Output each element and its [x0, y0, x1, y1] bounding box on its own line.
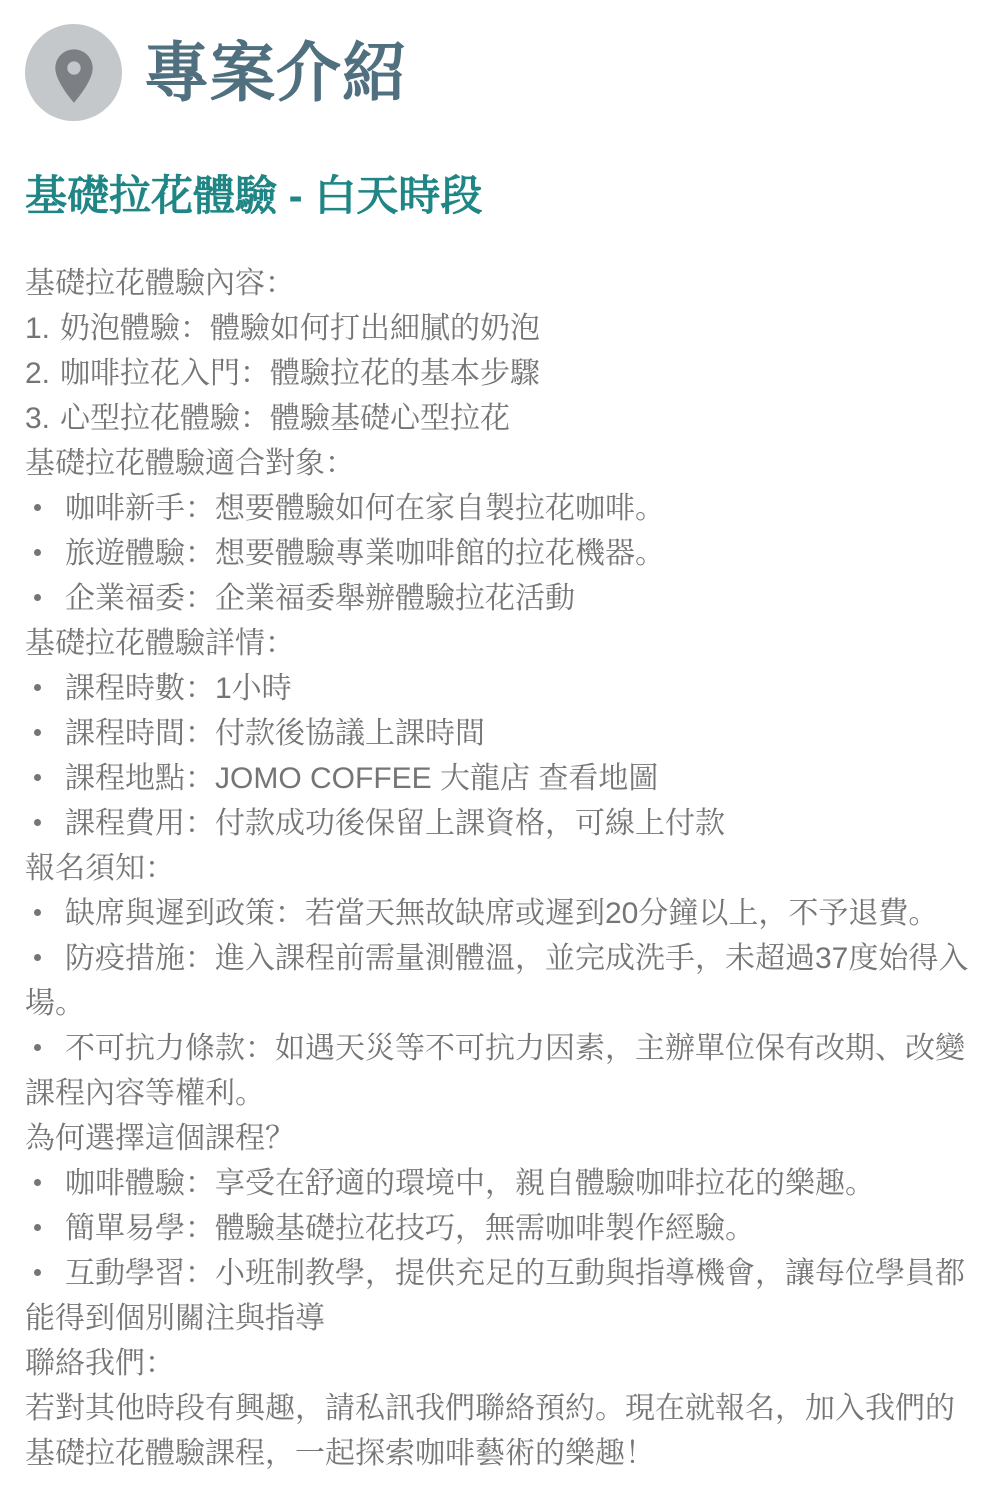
bullet-marker: [34, 909, 41, 916]
description-line: 2.咖啡拉花入門：體驗拉花的基本步驟: [25, 351, 975, 396]
bullet-marker: [34, 504, 41, 511]
map-pin-glyph: [42, 40, 106, 112]
bullet-marker: [34, 774, 41, 781]
section-title: 專案介紹: [144, 40, 408, 105]
line-text: 旅遊體驗：想要體驗專業咖啡館的拉花機器。: [65, 537, 665, 570]
description-line: 防疫措施：進入課程前需量測體溫，並完成洗手，未超過37度始得入場。: [25, 936, 975, 1026]
description-line: 聯絡我們：: [25, 1341, 975, 1386]
line-text: 奶泡體驗：體驗如何打出細膩的奶泡: [60, 312, 540, 345]
line-text: 課程時數：1小時: [65, 672, 292, 705]
project-intro-section: 專案介紹 基礎拉花體驗 - 白天時段 基礎拉花體驗內容：1.奶泡體驗：體驗如何打…: [0, 0, 1000, 1500]
course-title: 基礎拉花體驗 - 白天時段: [25, 173, 975, 219]
line-text: 聯絡我們：: [25, 1347, 175, 1380]
number-marker: 1.: [25, 312, 50, 345]
line-text: 防疫措施：進入課程前需量測體溫，並完成洗手，未超過37度始得入場。: [25, 942, 968, 1020]
bullet-marker: [34, 594, 41, 601]
line-text: 心型拉花體驗：體驗基礎心型拉花: [60, 402, 510, 435]
description-line: 若對其他時段有興趣，請私訊我們聯絡預約。現在就報名，加入我們的基礎拉花體驗課程，…: [25, 1386, 975, 1476]
description-line: 旅遊體驗：想要體驗專業咖啡館的拉花機器。: [25, 531, 975, 576]
section-header: 專案介紹: [25, 24, 975, 121]
bullet-marker: [34, 684, 41, 691]
number-marker: 2.: [25, 357, 50, 390]
description-line: 課程費用：付款成功後保留上課資格，可線上付款: [25, 801, 975, 846]
line-text: 咖啡體驗：享受在舒適的環境中，親自體驗咖啡拉花的樂趣。: [65, 1167, 875, 1200]
bullet-marker: [34, 549, 41, 556]
line-text: 基礎拉花體驗內容：: [25, 267, 295, 300]
line-text: 基礎拉花體驗詳情：: [25, 627, 295, 660]
line-text: 咖啡拉花入門：體驗拉花的基本步驟: [60, 357, 540, 390]
line-text: 基礎拉花體驗適合對象：: [25, 447, 355, 480]
description-line: 基礎拉花體驗詳情：: [25, 621, 975, 666]
bullet-marker: [34, 1224, 41, 1231]
bullet-marker: [34, 954, 41, 961]
line-text: 互動學習：小班制教學，提供充足的互動與指導機會，讓每位學員都能得到個別關注與指導: [25, 1257, 965, 1335]
line-text: 若對其他時段有興趣，請私訊我們聯絡預約。現在就報名，加入我們的基礎拉花體驗課程，…: [25, 1392, 955, 1470]
description-line: 不可抗力條款：如遇天災等不可抗力因素，主辦單位保有改期、改變課程內容等權利。: [25, 1026, 975, 1116]
description-line: 企業福委：企業福委舉辦體驗拉花活動: [25, 576, 975, 621]
bullet-marker: [34, 1044, 41, 1051]
description-line: 報名須知：: [25, 846, 975, 891]
location-pin-icon: [25, 24, 122, 121]
number-marker: 3.: [25, 402, 50, 435]
description-line: 基礎拉花體驗內容：: [25, 261, 975, 306]
view-map-link[interactable]: 查看地圖: [538, 762, 658, 795]
line-text: 為何選擇這個課程？: [25, 1122, 295, 1155]
line-text: 報名須知：: [25, 852, 175, 885]
description-line: 咖啡體驗：享受在舒適的環境中，親自體驗咖啡拉花的樂趣。: [25, 1161, 975, 1206]
description-line: 簡單易學：體驗基礎拉花技巧，無需咖啡製作經驗。: [25, 1206, 975, 1251]
description-line: 基礎拉花體驗適合對象：: [25, 441, 975, 486]
description-line: 課程地點：JOMO COFFEE 大龍店 查看地圖: [25, 756, 975, 801]
description-line: 1.奶泡體驗：體驗如何打出細膩的奶泡: [25, 306, 975, 351]
line-text: 課程地點：JOMO COFFEE 大龍店: [65, 762, 538, 795]
bullet-marker: [34, 819, 41, 826]
line-text: 不可抗力條款：如遇天災等不可抗力因素，主辦單位保有改期、改變課程內容等權利。: [25, 1032, 965, 1110]
bullet-marker: [34, 1269, 41, 1276]
line-text: 缺席與遲到政策：若當天無故缺席或遲到20分鐘以上，不予退費。: [65, 897, 938, 930]
course-description: 基礎拉花體驗內容：1.奶泡體驗：體驗如何打出細膩的奶泡2.咖啡拉花入門：體驗拉花…: [25, 261, 975, 1476]
line-text: 課程費用：付款成功後保留上課資格，可線上付款: [65, 807, 725, 840]
line-text: 簡單易學：體驗基礎拉花技巧，無需咖啡製作經驗。: [65, 1212, 755, 1245]
line-text: 咖啡新手：想要體驗如何在家自製拉花咖啡。: [65, 492, 665, 525]
description-line: 咖啡新手：想要體驗如何在家自製拉花咖啡。: [25, 486, 975, 531]
line-text: 企業福委：企業福委舉辦體驗拉花活動: [65, 582, 575, 615]
description-line: 為何選擇這個課程？: [25, 1116, 975, 1161]
description-line: 缺席與遲到政策：若當天無故缺席或遲到20分鐘以上，不予退費。: [25, 891, 975, 936]
bullet-marker: [34, 1179, 41, 1186]
description-line: 互動學習：小班制教學，提供充足的互動與指導機會，讓每位學員都能得到個別關注與指導: [25, 1251, 975, 1341]
description-line: 課程時數：1小時: [25, 666, 975, 711]
bullet-marker: [34, 729, 41, 736]
description-line: 3.心型拉花體驗：體驗基礎心型拉花: [25, 396, 975, 441]
description-line: 課程時間：付款後協議上課時間: [25, 711, 975, 756]
line-text: 課程時間：付款後協議上課時間: [65, 717, 485, 750]
